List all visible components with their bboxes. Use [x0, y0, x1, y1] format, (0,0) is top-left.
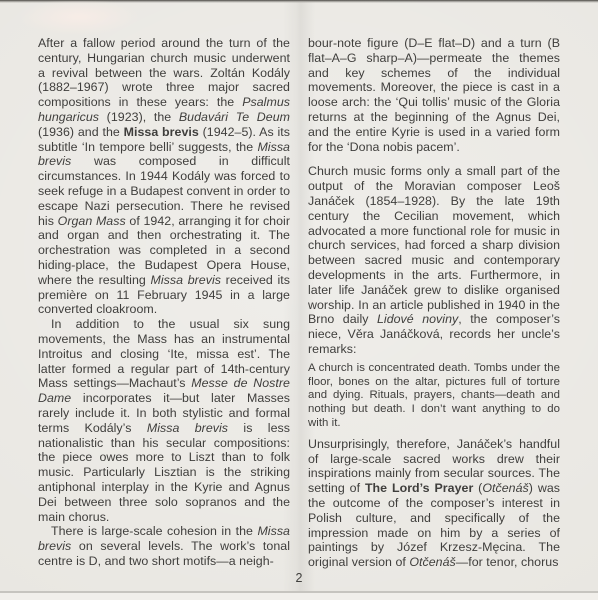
text-run: Otčenáš [409, 555, 455, 569]
text-run: on several levels. The work’s tonal cent… [38, 539, 290, 568]
paragraph: There is large-scale cohesion in the Mis… [38, 524, 290, 568]
text-run: ( [473, 481, 482, 495]
paragraph: Unsurprisingly, therefore, Janáček’s han… [308, 437, 560, 570]
text-run: —for tenor, chorus [456, 555, 559, 569]
text-run: Church music forms only a small part of … [308, 164, 560, 326]
paragraph: After a fallow period around the turn of… [38, 36, 290, 317]
page-number: 2 [0, 571, 598, 585]
text-run: Missa brevis [150, 273, 221, 287]
paragraph: bour-note figure (D–E flat–D) and a turn… [308, 36, 560, 154]
text-run: The Lord’s Prayer [365, 481, 473, 495]
text-run: Otčenáš [482, 481, 528, 495]
right-text-column: bour-note figure (D–E flat–D) and a turn… [308, 36, 560, 570]
scanned-booklet-page: After a fallow period around the turn of… [0, 0, 598, 600]
quotation-paragraph: A church is concentrated death. Tombs un… [308, 362, 560, 431]
paragraph: Church music forms only a small part of … [308, 164, 560, 356]
text-run: Missa brevis [124, 125, 199, 139]
text-run: A church is concentrated death. Tombs un… [308, 362, 560, 429]
paragraph: In addition to the usual six sung moveme… [38, 317, 290, 524]
text-run: Organ Mass [58, 214, 126, 228]
text-run: is less nationalistic than his secular c… [38, 421, 290, 524]
text-run: (1936) and the [38, 125, 124, 139]
left-text-column: After a fallow period around the turn of… [38, 36, 290, 570]
text-run: Budavári Te Deum [179, 110, 290, 124]
page-bottom-edge-strip [0, 593, 598, 600]
text-run: bour-note figure (D–E flat–D) and a turn… [308, 36, 560, 154]
liner-notes-text: After a fallow period around the turn of… [38, 36, 560, 570]
text-run: Lidové noviny [377, 312, 458, 326]
text-run: Missa brevis [147, 421, 228, 435]
text-run: There is large-scale cohesion in the [51, 524, 257, 538]
text-run: (1923), the [99, 110, 179, 124]
